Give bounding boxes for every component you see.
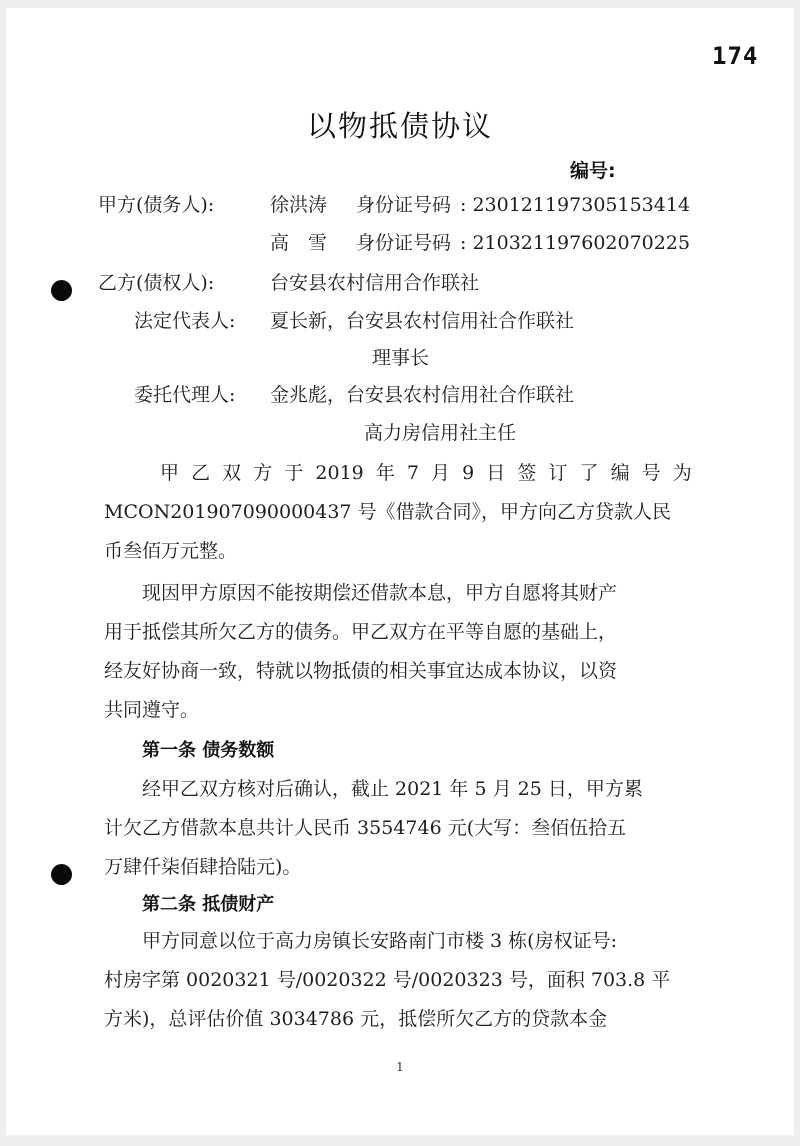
word: 编 bbox=[611, 460, 630, 486]
word: 签 bbox=[517, 460, 536, 486]
word: 7 bbox=[407, 460, 419, 486]
serial-number-label: 编号: bbox=[570, 156, 616, 183]
agent-value-line1: 金兆彪，台安县农村信用社合作联社 bbox=[270, 382, 574, 408]
article-2-heading: 第二条 抵债财产 bbox=[142, 890, 274, 916]
paragraph-2-line-4: 共同遵守。 bbox=[104, 697, 199, 723]
word: 双 bbox=[222, 460, 241, 486]
legal-rep-value-line1: 夏长新，台安县农村信用社合作联社 bbox=[270, 308, 574, 334]
footer-page-number: 1 bbox=[6, 1060, 794, 1074]
party-b-label: 乙方(债权人): bbox=[98, 270, 214, 296]
article-1-line-3: 万肆仟柒佰肆拾陆元)。 bbox=[104, 854, 301, 880]
word: 了 bbox=[580, 460, 599, 486]
word: 日 bbox=[486, 460, 505, 486]
agent-label: 委托代理人: bbox=[134, 382, 235, 408]
page-stamp-number: 174 bbox=[712, 42, 758, 70]
legal-rep-value-line2: 理事长 bbox=[372, 345, 429, 371]
word: 2019 bbox=[315, 460, 363, 486]
hole-punch-mark bbox=[51, 864, 72, 885]
article-2-line-3: 方米)，总评估价值 3034786 元，抵偿所欠乙方的贷款本金 bbox=[104, 1006, 607, 1032]
paragraph-1-line-1: 甲 乙 双 方 于 2019 年 7 月 9 日 签 订 了 编 号 为 bbox=[160, 460, 692, 486]
word: 于 bbox=[284, 460, 303, 486]
party-a-label: 甲方(债务人): bbox=[98, 192, 214, 218]
word: 乙 bbox=[191, 460, 210, 486]
party-a-person-2-id-number: : 210321197602070225 bbox=[460, 230, 690, 256]
paragraph-1-line-3: 币叁佰万元整。 bbox=[104, 538, 237, 564]
word: 年 bbox=[376, 460, 395, 486]
paragraph-2-line-2: 用于抵偿其所欠乙方的债务。甲乙双方在平等自愿的基础上， bbox=[104, 619, 617, 645]
word: 号 bbox=[642, 460, 661, 486]
word: 月 bbox=[431, 460, 450, 486]
article-2-line-1: 甲方同意以位于高力房镇长安路南门市楼 3 栋(房权证号: bbox=[142, 928, 617, 954]
party-a-person-1-id-label: 身份证号码 bbox=[356, 192, 451, 218]
word: 方 bbox=[253, 460, 272, 486]
word: 为 bbox=[673, 460, 692, 486]
word: 甲 bbox=[160, 460, 179, 486]
party-a-person-1-id-number: : 230121197305153414 bbox=[460, 192, 690, 218]
party-a-person-1-name: 徐洪涛 bbox=[270, 192, 327, 218]
article-1-line-1: 经甲乙双方核对后确认，截止 2021 年 5 月 25 日，甲方累 bbox=[142, 776, 643, 802]
legal-rep-label: 法定代表人: bbox=[134, 308, 235, 334]
document-page: 174 以物抵债协议 编号: 甲方(债务人): 徐洪涛 身份证号码 : 2301… bbox=[6, 8, 794, 1135]
hole-punch-mark bbox=[51, 280, 72, 301]
word: 订 bbox=[548, 460, 567, 486]
paragraph-2-line-1: 现因甲方原因不能按期偿还借款本息，甲方自愿将其财产 bbox=[142, 580, 617, 606]
article-1-heading: 第一条 债务数额 bbox=[142, 736, 274, 762]
paragraph-1-line-2: MCON201907090000437 号《借款合同》，甲方向乙方贷款人民 bbox=[104, 499, 671, 525]
document-title: 以物抵债协议 bbox=[6, 104, 794, 145]
article-1-line-2: 计欠乙方借款本息共计人民币 3554746 元(大写：叁佰伍拾五 bbox=[104, 815, 626, 841]
party-b-name: 台安县农村信用合作联社 bbox=[270, 270, 479, 296]
paragraph-2-line-3: 经友好协商一致，特就以物抵债的相关事宜达成本协议，以资 bbox=[104, 658, 617, 684]
word: 9 bbox=[462, 460, 474, 486]
agent-value-line2: 高力房信用社主任 bbox=[364, 420, 516, 446]
article-2-line-2: 村房字第 0020321 号/0020322 号/0020323 号，面积 70… bbox=[104, 967, 670, 993]
party-a-person-2-id-label: 身份证号码 bbox=[356, 230, 451, 256]
party-a-person-2-name: 高 雪 bbox=[270, 230, 327, 256]
